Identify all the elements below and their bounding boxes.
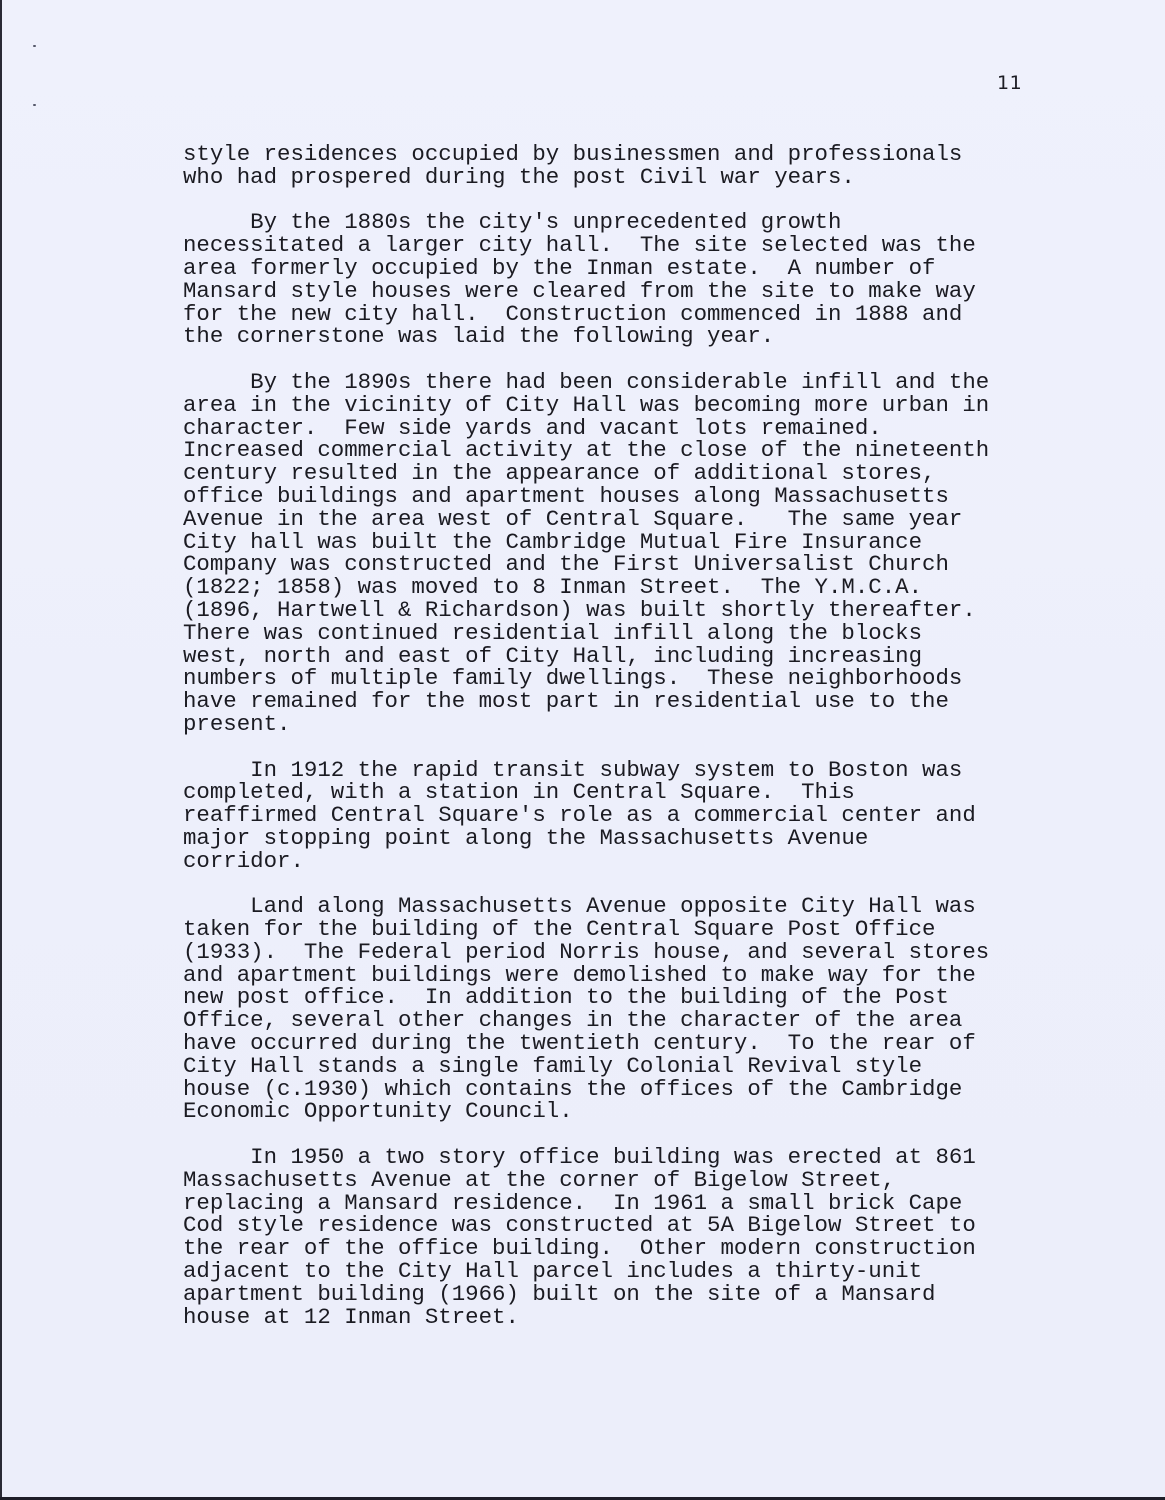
text-line: century resulted in the appearance of ad… bbox=[183, 462, 1043, 485]
text-line: In 1950 a two story office building was … bbox=[183, 1146, 1043, 1169]
text-line: for the new city hall. Construction comm… bbox=[183, 303, 1043, 326]
text-line: Land along Massachusetts Avenue opposite… bbox=[183, 895, 1043, 918]
text-line: replacing a Mansard residence. In 1961 a… bbox=[183, 1192, 1043, 1215]
text-line: Company was constructed and the First Un… bbox=[183, 553, 1043, 576]
text-line: Cod style residence was constructed at 5… bbox=[183, 1214, 1043, 1237]
text-line: have occurred during the twentieth centu… bbox=[183, 1032, 1043, 1055]
text-line: character. Few side yards and vacant lot… bbox=[183, 417, 1043, 440]
paragraph: By the 1880s the city's unprecedented gr… bbox=[183, 211, 1043, 348]
text-line: There was continued residential infill a… bbox=[183, 622, 1043, 645]
text-line: City Hall stands a single family Colonia… bbox=[183, 1055, 1043, 1078]
text-line: Economic Opportunity Council. bbox=[183, 1100, 1043, 1123]
text-line: completed, with a station in Central Squ… bbox=[183, 781, 1043, 804]
text-line: area in the vicinity of City Hall was be… bbox=[183, 394, 1043, 417]
text-line: taken for the building of the Central Sq… bbox=[183, 918, 1043, 941]
text-line: Mansard style houses were cleared from t… bbox=[183, 280, 1043, 303]
text-line: area formerly occupied by the Inman esta… bbox=[183, 257, 1043, 280]
text-line: (1933). The Federal period Norris house,… bbox=[183, 941, 1043, 964]
text-line: new post office. In addition to the buil… bbox=[183, 986, 1043, 1009]
paragraph: By the 1890s there had been considerable… bbox=[183, 371, 1043, 736]
text-line: Avenue in the area west of Central Squar… bbox=[183, 508, 1043, 531]
scan-speck bbox=[33, 45, 36, 47]
text-line: adjacent to the City Hall parcel include… bbox=[183, 1260, 1043, 1283]
text-line: Office, several other changes in the cha… bbox=[183, 1009, 1043, 1032]
document-body: style residences occupied by businessmen… bbox=[183, 143, 1043, 1351]
scanned-page: 11 style residences occupied by business… bbox=[0, 0, 1165, 1500]
text-line: the cornerstone was laid the following y… bbox=[183, 325, 1043, 348]
text-line: (1896, Hartwell & Richardson) was built … bbox=[183, 599, 1043, 622]
paragraph: style residences occupied by businessmen… bbox=[183, 143, 1043, 189]
scan-left-edge bbox=[0, 0, 2, 1500]
text-line: house at 12 Inman Street. bbox=[183, 1306, 1043, 1329]
text-line: necessitated a larger city hall. The sit… bbox=[183, 234, 1043, 257]
paragraph: In 1950 a two story office building was … bbox=[183, 1146, 1043, 1328]
text-line: who had prospered during the post Civil … bbox=[183, 166, 1043, 189]
text-line: the rear of the office building. Other m… bbox=[183, 1237, 1043, 1260]
text-line: By the 1880s the city's unprecedented gr… bbox=[183, 211, 1043, 234]
text-line: reaffirmed Central Square's role as a co… bbox=[183, 804, 1043, 827]
text-line: Increased commercial activity at the clo… bbox=[183, 439, 1043, 462]
text-line: apartment building (1966) built on the s… bbox=[183, 1283, 1043, 1306]
text-line: major stopping point along the Massachus… bbox=[183, 827, 1043, 850]
page-number: 11 bbox=[997, 72, 1022, 94]
text-line: (1822; 1858) was moved to 8 Inman Street… bbox=[183, 576, 1043, 599]
text-line: By the 1890s there had been considerable… bbox=[183, 371, 1043, 394]
text-line: In 1912 the rapid transit subway system … bbox=[183, 759, 1043, 782]
text-line: Massachusetts Avenue at the corner of Bi… bbox=[183, 1169, 1043, 1192]
text-line: have remained for the most part in resid… bbox=[183, 690, 1043, 713]
scan-speck bbox=[33, 104, 36, 106]
text-line: house (c.1930) which contains the office… bbox=[183, 1078, 1043, 1101]
text-line: numbers of multiple family dwellings. Th… bbox=[183, 667, 1043, 690]
paragraph: In 1912 the rapid transit subway system … bbox=[183, 759, 1043, 873]
text-line: present. bbox=[183, 713, 1043, 736]
text-line: office buildings and apartment houses al… bbox=[183, 485, 1043, 508]
paragraph: Land along Massachusetts Avenue opposite… bbox=[183, 895, 1043, 1123]
text-line: City hall was built the Cambridge Mutual… bbox=[183, 531, 1043, 554]
text-line: west, north and east of City Hall, inclu… bbox=[183, 645, 1043, 668]
text-line: style residences occupied by businessmen… bbox=[183, 143, 1043, 166]
text-line: and apartment buildings were demolished … bbox=[183, 964, 1043, 987]
text-line: corridor. bbox=[183, 850, 1043, 873]
